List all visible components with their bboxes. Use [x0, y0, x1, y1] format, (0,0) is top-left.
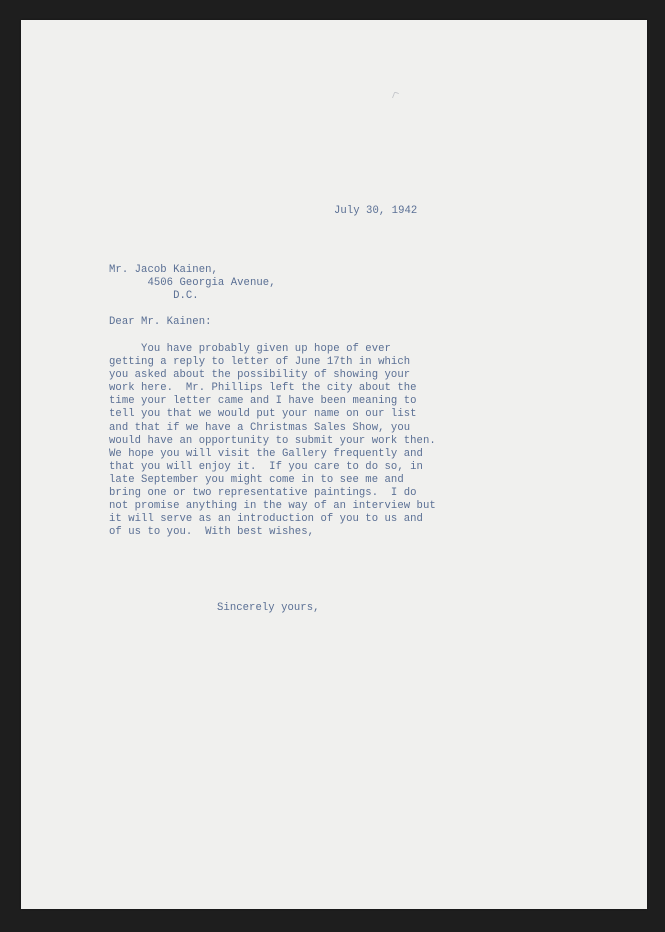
- body-line: it will serve as an introduction of you …: [109, 513, 436, 526]
- body-line: and that if we have a Christmas Sales Sh…: [109, 422, 436, 435]
- body-line: You have probably given up hope of ever: [109, 343, 436, 356]
- letter-date: July 30, 1942: [334, 205, 417, 218]
- paper-mark: [392, 91, 399, 99]
- recipient-name: Mr. Jacob Kainen,: [109, 264, 218, 276]
- salutation: Dear Mr. Kainen:: [109, 316, 212, 329]
- body-line: late September you might come in to see …: [109, 474, 436, 487]
- recipient-city: D.C.: [173, 290, 199, 302]
- closing: Sincerely yours,: [217, 602, 320, 615]
- body-line: would have an opportunity to submit your…: [109, 435, 436, 448]
- body-line: work here. Mr. Phillips left the city ab…: [109, 382, 436, 395]
- body-line: you asked about the possibility of showi…: [109, 369, 436, 382]
- recipient-street: 4506 Georgia Avenue,: [147, 277, 275, 289]
- body-line: that you will enjoy it. If you care to d…: [109, 461, 436, 474]
- body-line: of us to you. With best wishes,: [109, 526, 436, 539]
- body-line: time your letter came and I have been me…: [109, 395, 436, 408]
- body-line: We hope you will visit the Gallery frequ…: [109, 448, 436, 461]
- body-line: not promise anything in the way of an in…: [109, 500, 436, 513]
- body-line: bring one or two representative painting…: [109, 487, 436, 500]
- letter-body: You have probably given up hope of everg…: [109, 343, 436, 539]
- body-line: tell you that we would put your name on …: [109, 408, 436, 421]
- recipient-address: Mr. Jacob Kainen, 4506 Georgia Avenue, D…: [109, 264, 276, 303]
- body-line: getting a reply to letter of June 17th i…: [109, 356, 436, 369]
- letter-page: July 30, 1942 Mr. Jacob Kainen, 4506 Geo…: [21, 20, 647, 909]
